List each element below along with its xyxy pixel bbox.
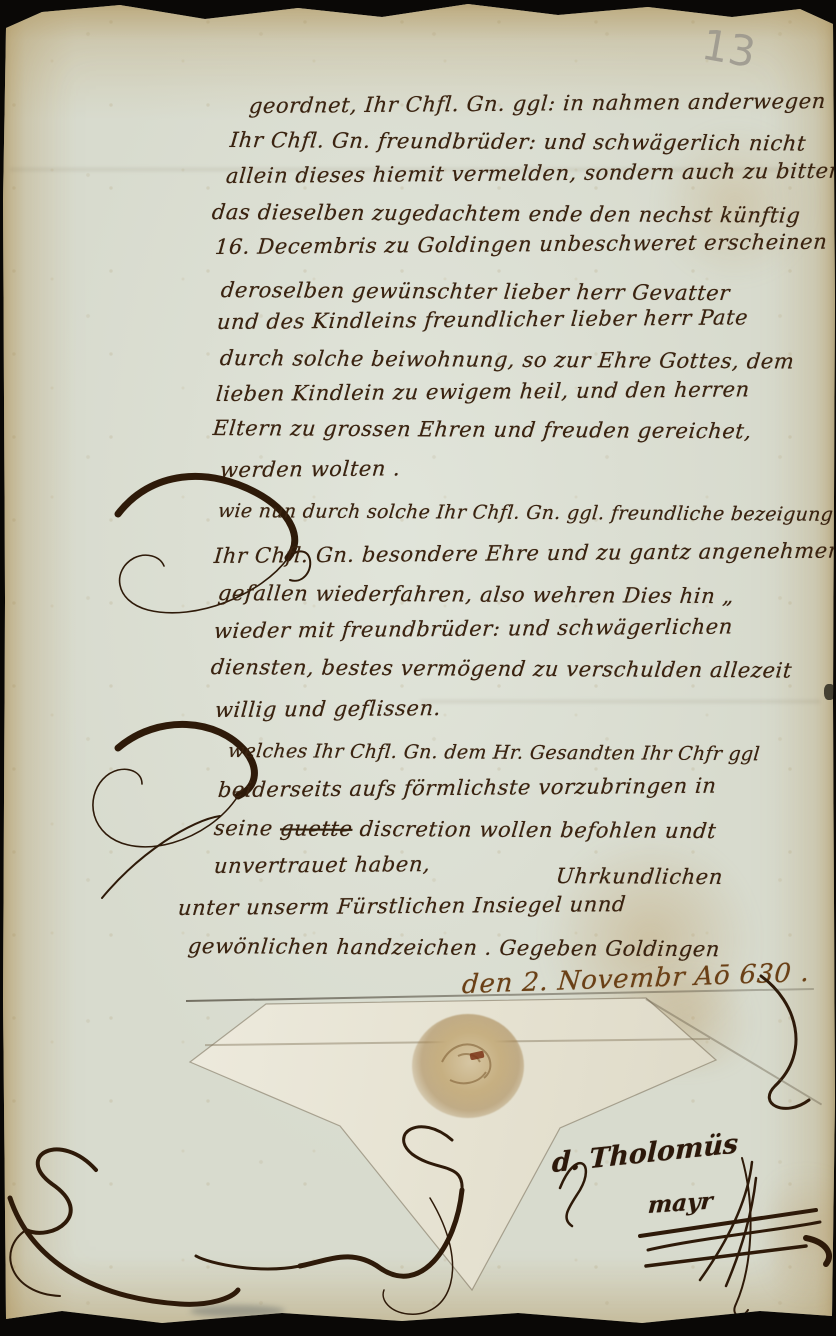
manuscript-line: beiderseits aufs förmlichste vorzubringe… (217, 776, 717, 801)
struck-word: guette (279, 816, 354, 840)
manuscript-line: lieben Kindlein zu ewigem heil, und den … (215, 379, 750, 405)
manuscript-line: wieder mit freundbrüder: und schwägerlic… (213, 616, 734, 642)
manuscript-line: unvertrauet haben, (213, 854, 431, 877)
scan-background: 13 geordnet, Ihr Chfl. Gn. ggl: in nahme… (0, 0, 836, 1336)
manuscript-line: Ihr Chfl. Gn. freundbrüder: und schwäger… (229, 130, 807, 155)
manuscript-line: unter unserm Fürstlichen Insiegel unnd (177, 894, 627, 919)
manuscript-line: Uhrkundlichen (555, 866, 724, 888)
signature-name: mayr (647, 1187, 713, 1219)
manuscript-line: geordnet, Ihr Chfl. Gn. ggl: in nahmen a… (248, 91, 827, 117)
manuscript-line: wie nun durch solche Ihr Chfl. Gn. ggl. … (217, 502, 834, 525)
manuscript-line: allein dieses hiemit vermelden, sondern … (225, 161, 836, 187)
line-fragment: seine (213, 816, 281, 840)
fold-crease (420, 700, 820, 703)
manuscript-line: 16. Decembris zu Goldingen unbeschweret … (214, 232, 828, 258)
manuscript-line: gefallen wiederfahren, also wehren Dies … (217, 583, 735, 607)
manuscript-line: diensten, bestes vermögend zu verschulde… (210, 657, 793, 682)
manuscript-line: deroselben gewünschter lieber herr Gevat… (220, 280, 731, 304)
manuscript-page: 13 geordnet, Ihr Chfl. Gn. ggl: in nahme… (0, 0, 836, 1336)
manuscript-line: und des Kindleins freundlicher lieber he… (216, 307, 749, 333)
wax-seal-impression (422, 1022, 514, 1108)
manuscript-line: seine guette discretion wollen befohlen … (213, 818, 717, 842)
manuscript-line: gewönlichen handzeichen . Gegeben Goldin… (187, 936, 721, 960)
manuscript-line: das dieselben zugedachtem ende den nechs… (211, 202, 801, 227)
manuscript-line: durch solche beiwohnung, so zur Ehre Got… (219, 348, 795, 372)
line-fragment: discretion wollen befohlen undt (351, 817, 717, 843)
paper-notch (824, 684, 835, 700)
folio-number: 13 (698, 20, 759, 78)
manuscript-line: Ihr Chfl. Gn. besondere Ehre und zu gant… (213, 541, 836, 567)
manuscript-line: welches Ihr Chfl. Gn. dem Hr. Gesandten … (227, 742, 761, 764)
manuscript-line: Eltern zu grossen Ehren und freuden gere… (212, 418, 753, 442)
